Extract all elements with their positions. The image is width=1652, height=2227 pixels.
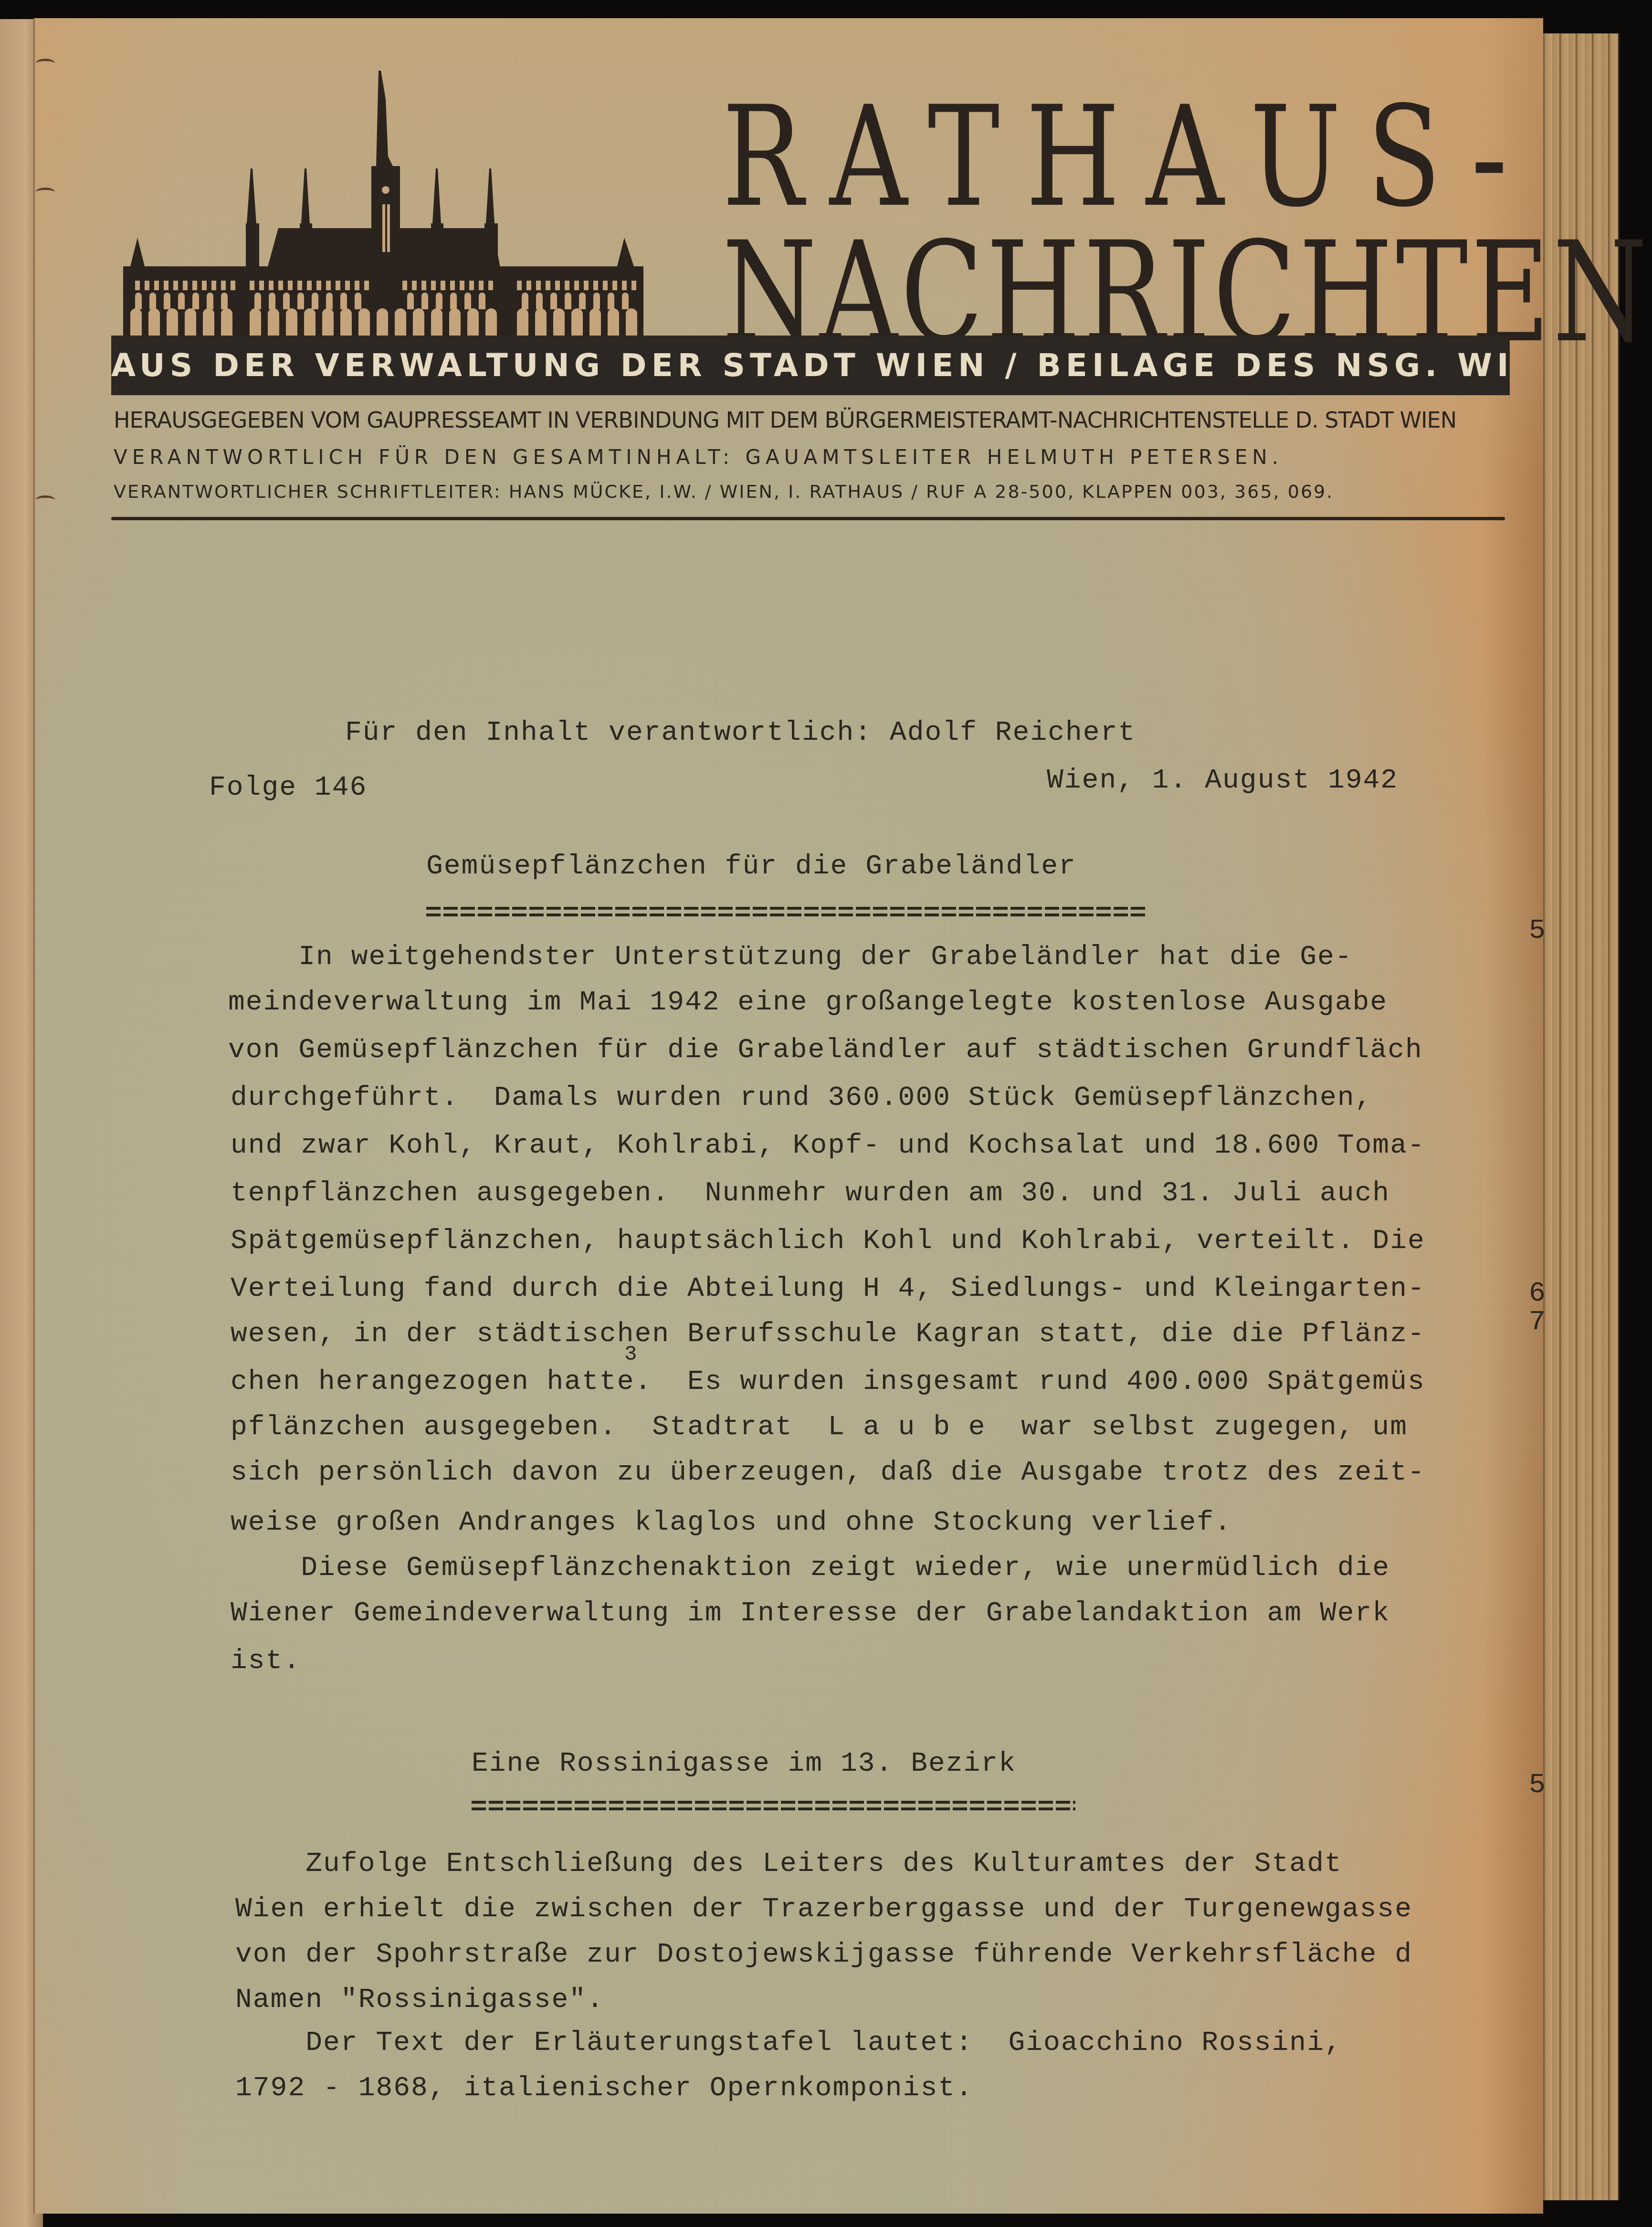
masthead-banner: AUS DER VERWALTUNG DER STADT WIEN / BEIL… bbox=[111, 336, 1510, 395]
imprint-responsible: VERANTWORTLICH FÜR DEN GESAMTINHALT: GAU… bbox=[114, 445, 1507, 469]
margin-mark: 7 bbox=[1529, 1307, 1546, 1338]
article-1-title: Gemüsepflänzchen für die Grabeländler bbox=[426, 851, 1076, 882]
article-line: pflänzchen ausgegeben. Stadtrat L a u b … bbox=[231, 1412, 1408, 1443]
imprint-editor: VERANTWORTLICHER SCHRIFTLEITER: HANS MÜC… bbox=[114, 481, 1507, 502]
binding-stitch bbox=[36, 59, 55, 68]
article-line: chen herangezogen hatte. Es wurden insge… bbox=[231, 1366, 1425, 1397]
binding-stitch bbox=[36, 495, 55, 504]
article-line: Diese Gemüsepflänzchenaktion zeigt wiede… bbox=[231, 1553, 1390, 1584]
responsible-editor-line: Für den Inhalt verantwortlich: Adolf Rei… bbox=[345, 717, 1136, 748]
article-line: weise großen Andranges klaglos und ohne … bbox=[231, 1507, 1232, 1538]
masthead-title: RATHAUS- NACHRICHTEN bbox=[722, 90, 1318, 361]
document-page: RATHAUS- NACHRICHTEN AUS DER VERWALTUNG … bbox=[33, 18, 1543, 2214]
article-line: sich persönlich davon zu überzeugen, daß… bbox=[231, 1457, 1425, 1488]
article-line: Spätgemüsepflänzchen, hauptsächlich Kohl… bbox=[231, 1226, 1425, 1257]
article-line: Verteilung fand durch die Abteilung H 4,… bbox=[231, 1273, 1425, 1304]
article-line: wesen, in der städtischen Berufsschule K… bbox=[231, 1319, 1425, 1350]
binding-stitch bbox=[36, 188, 55, 197]
margin-mark: 5 bbox=[1529, 915, 1546, 946]
article-line: von der Spohrstraße zur Dostojewskijgass… bbox=[235, 1939, 1412, 1970]
article-2-title-underline bbox=[472, 1801, 1075, 1811]
article-1-title-underline bbox=[426, 907, 1147, 917]
margin-mark: 5 bbox=[1529, 1770, 1546, 1801]
article-line: durchgeführt. Damals wurden rund 360.000… bbox=[231, 1082, 1372, 1113]
article-line: Wiener Gemeindeverwaltung im Interesse d… bbox=[231, 1598, 1390, 1629]
imprint-publisher: HERAUSGEGEBEN VOM GAUPRESSEAMT IN VERBIN… bbox=[114, 407, 1507, 433]
masthead-rule bbox=[111, 517, 1505, 520]
article-line: und zwar Kohl, Kraut, Kohlrabi, Kopf- un… bbox=[231, 1130, 1425, 1161]
article-line: 1792 - 1868, italienischer Opernkomponis… bbox=[235, 2073, 973, 2104]
article-line: ist. bbox=[231, 1646, 301, 1677]
margin-mark: 6 bbox=[1529, 1278, 1546, 1309]
issue-date: Wien, 1. August 1942 bbox=[1047, 765, 1398, 796]
article-line: von Gemüsepflänzchen für die Grabeländle… bbox=[228, 1035, 1423, 1066]
article-line: tenpflänzchen ausgegeben. Nunmehr wurden… bbox=[231, 1178, 1390, 1209]
article-line: meindeverwaltung im Mai 1942 eine großan… bbox=[228, 987, 1388, 1018]
article-line: Namen "Rossinigasse". bbox=[235, 1985, 604, 2016]
issue-number: Folge 146 bbox=[209, 772, 367, 803]
article-line: Wien erhielt die zwischen der Trazerberg… bbox=[235, 1894, 1412, 1925]
article-line: In weitgehendster Unterstützung der Grab… bbox=[228, 942, 1353, 973]
article-line: Zufolge Entschließung des Leiters des Ku… bbox=[235, 1849, 1342, 1880]
handwritten-correction: 3 bbox=[624, 1343, 638, 1366]
masthead-title-line-1: RATHAUS- bbox=[722, 90, 1318, 225]
rathaus-building-logo bbox=[121, 71, 679, 338]
article-line: Der Text der Erläuterungstafel lautet: G… bbox=[235, 2027, 1342, 2059]
article-2-title: Eine Rossinigasse im 13. Bezirk bbox=[472, 1748, 1016, 1779]
